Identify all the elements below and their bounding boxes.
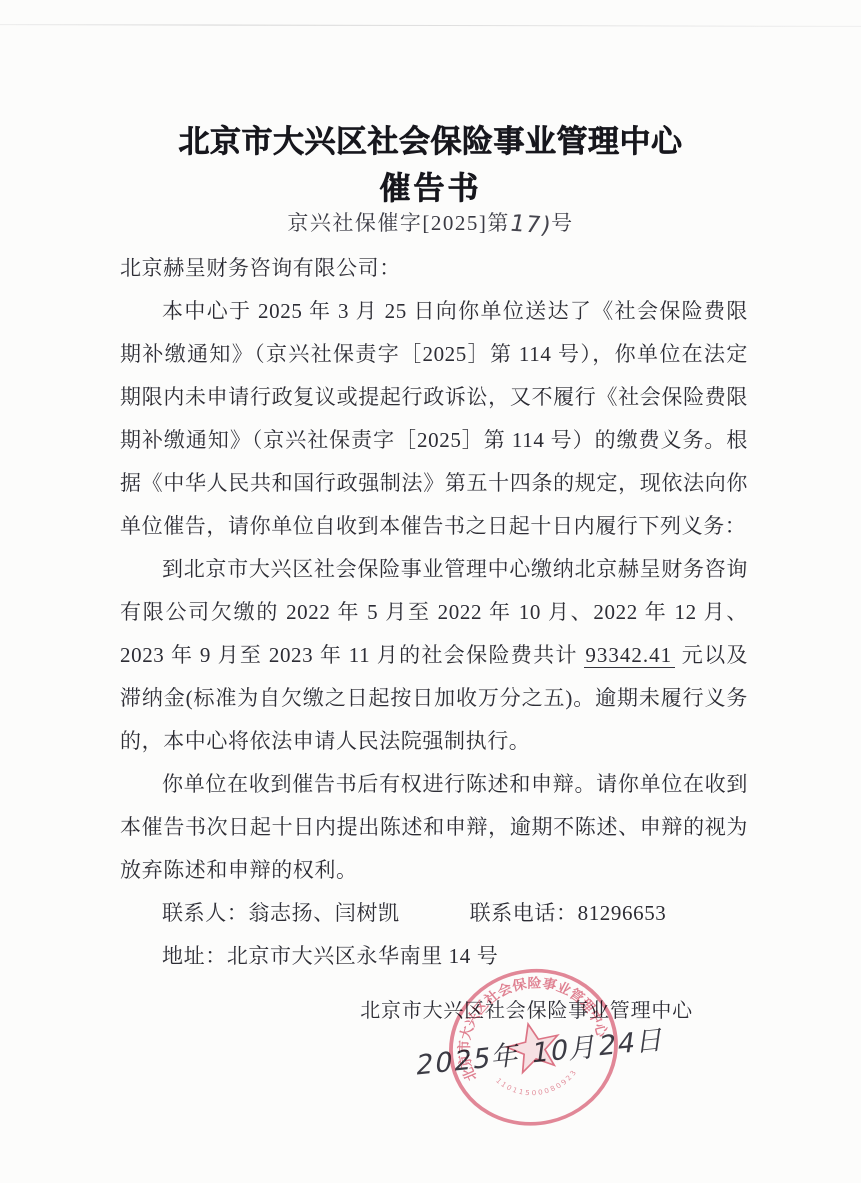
contact-person-label: 联系人： bbox=[162, 901, 248, 925]
address-value: 北京市大兴区永华南里 14 号 bbox=[227, 944, 499, 968]
scan-artifact-line bbox=[0, 24, 861, 27]
signature-organization: 北京市大兴区社会保险事业管理中心 bbox=[360, 994, 693, 1023]
document-title-org: 北京市大兴区社会保险事业管理中心 bbox=[0, 116, 861, 161]
address-line: 地址：北京市大兴区永华南里 14 号 bbox=[120, 935, 748, 978]
paragraph-notice-history: 本中心于 2025 年 3 月 25 日向你单位送达了《社会保险费限期补缴通知》… bbox=[120, 290, 748, 548]
document-number-prefix: 京兴社保催字[2025]第 bbox=[287, 211, 510, 235]
document-title-type: 催告书 bbox=[0, 163, 861, 208]
addressee-line: 北京赫呈财务咨询有限公司： bbox=[120, 247, 748, 290]
paragraph-rights-statement: 你单位在收到催告书后有权进行陈述和申辩。请你单位在收到本催告书次日起十日内提出陈… bbox=[120, 763, 748, 892]
document-number-handwritten: 17) bbox=[507, 211, 554, 240]
contact-phone-number: 81296653 bbox=[578, 901, 667, 925]
owed-amount-value: 93342.41 bbox=[584, 643, 675, 668]
document-body: 北京赫呈财务咨询有限公司： 本中心于 2025 年 3 月 25 日向你单位送达… bbox=[120, 247, 748, 978]
scanned-document-page: 北京市大兴区社会保险事业管理中心 催告书 京兴社保催字[2025]第17)号 北… bbox=[0, 0, 861, 1183]
paragraph-payment-demand: 到北京市大兴区社会保险事业管理中心缴纳北京赫呈财务咨询有限公司欠缴的 2022 … bbox=[120, 548, 748, 763]
handwritten-date: 2025年 10月24日 bbox=[414, 1020, 638, 1083]
contact-phone-label: 联系电话： bbox=[470, 901, 578, 925]
document-number-suffix: 号 bbox=[551, 211, 574, 235]
contact-line: 联系人：翁志扬、闫树凯联系电话：81296653 bbox=[120, 892, 748, 935]
address-label: 地址： bbox=[162, 944, 227, 968]
contact-person-names: 翁志扬、闫树凯 bbox=[248, 901, 399, 925]
document-number: 京兴社保催字[2025]第17)号 bbox=[0, 207, 861, 238]
